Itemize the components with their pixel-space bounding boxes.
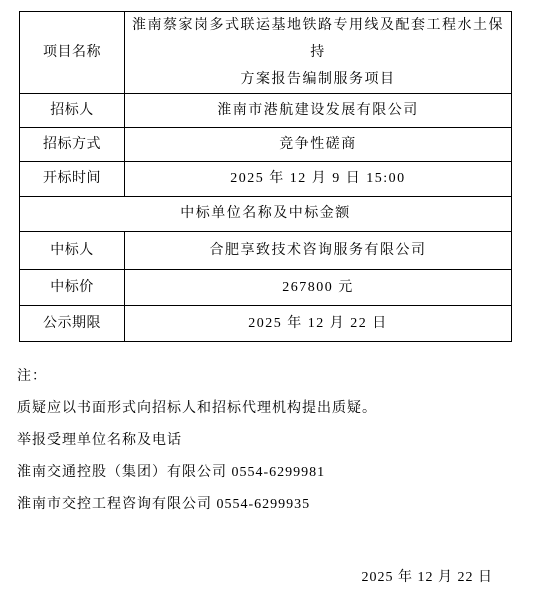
project-name-line2: 方案报告编制服务项目: [125, 66, 511, 93]
table-row-winner: 中标人 合肥享致技术咨询服务有限公司: [20, 232, 512, 270]
opening-time-value: 2025 年 12 月 9 日 15:00: [125, 162, 512, 197]
table-row-project: 项目名称 淮南蔡家岗多式联运基地铁路专用线及配套工程水土保持 方案报告编制服务项…: [20, 12, 512, 94]
table-row-method: 招标方式 竞争性磋商: [20, 128, 512, 162]
tenderer-value: 淮南市港航建设发展有限公司: [125, 94, 512, 128]
announcement-date: 2025 年 12 月 22 日: [362, 562, 494, 594]
opening-time-label: 开标时间: [20, 162, 125, 197]
note-report-unit-2: 淮南市交控工程咨询有限公司 0554-6299935: [17, 489, 517, 521]
bid-info-table: 项目名称 淮南蔡家岗多式联运基地铁路专用线及配套工程水土保持 方案报告编制服务项…: [19, 11, 512, 342]
table-row-price: 中标价 267800 元: [20, 270, 512, 306]
table-row-tenderer: 招标人 淮南市港航建设发展有限公司: [20, 94, 512, 128]
tender-method-value: 竞争性磋商: [125, 128, 512, 162]
table-row-opening-time: 开标时间 2025 年 12 月 9 日 15:00: [20, 162, 512, 197]
note-report-unit-1: 淮南交通控股（集团）有限公司 0554-6299981: [17, 457, 517, 489]
note-objection-instruction: 质疑应以书面形式向招标人和招标代理机构提出质疑。: [17, 393, 517, 425]
project-name-value: 淮南蔡家岗多式联运基地铁路专用线及配套工程水土保持 方案报告编制服务项目: [125, 12, 512, 94]
section-header: 中标单位名称及中标金额: [20, 197, 512, 232]
project-name-label: 项目名称: [20, 12, 125, 94]
publicity-period-value: 2025 年 12 月 22 日: [125, 306, 512, 342]
winner-value: 合肥享致技术咨询服务有限公司: [125, 232, 512, 270]
note-report-unit-heading: 举报受理单位名称及电话: [17, 425, 517, 457]
tender-method-label: 招标方式: [20, 128, 125, 162]
table-row-section-header: 中标单位名称及中标金额: [20, 197, 512, 232]
table-row-publicity-period: 公示期限 2025 年 12 月 22 日: [20, 306, 512, 342]
tenderer-label: 招标人: [20, 94, 125, 128]
winner-label: 中标人: [20, 232, 125, 270]
price-value: 267800 元: [125, 270, 512, 306]
note-title: 注：: [17, 361, 517, 393]
bid-result-announcement: 项目名称 淮南蔡家岗多式联运基地铁路专用线及配套工程水土保持 方案报告编制服务项…: [0, 0, 533, 613]
publicity-period-label: 公示期限: [20, 306, 125, 342]
project-name-line1: 淮南蔡家岗多式联运基地铁路专用线及配套工程水土保持: [125, 12, 511, 66]
price-label: 中标价: [20, 270, 125, 306]
notes-section: 注： 质疑应以书面形式向招标人和招标代理机构提出质疑。 举报受理单位名称及电话 …: [17, 361, 517, 521]
